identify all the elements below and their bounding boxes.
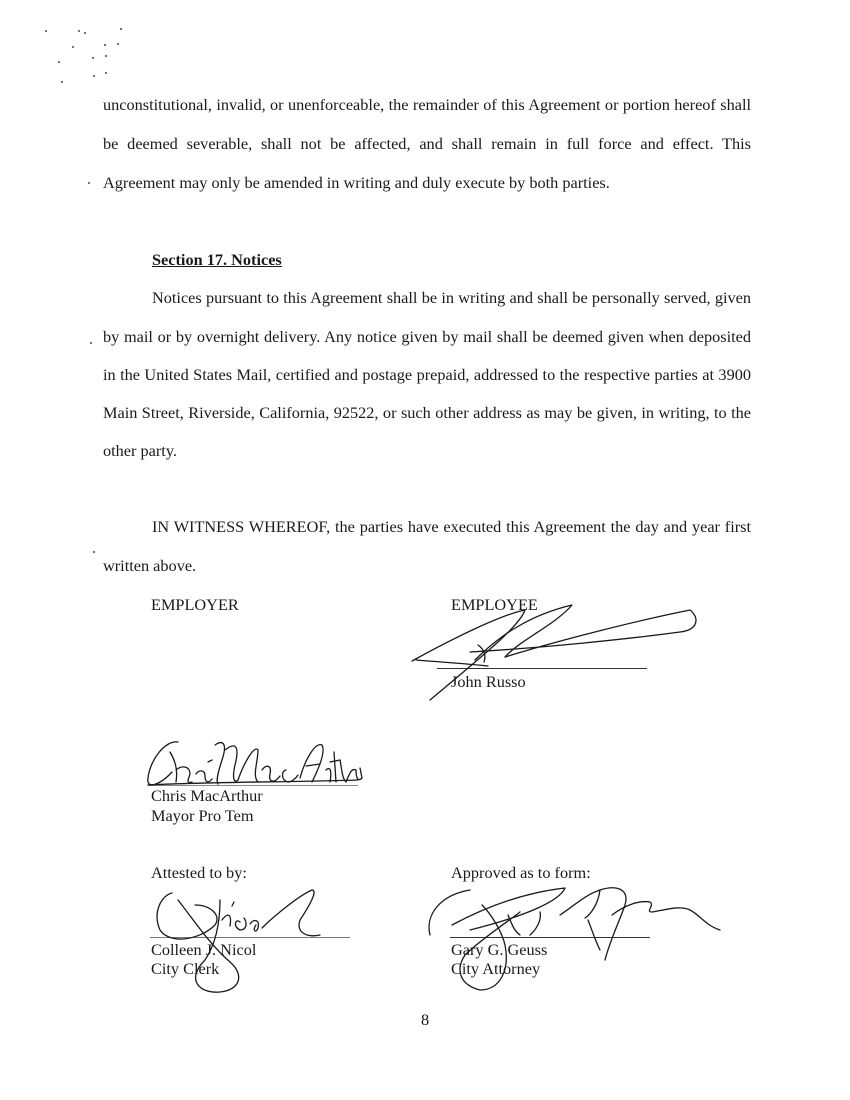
text-line: Agreement may only be amended in writing… [103, 173, 751, 193]
employer-signature-icon [148, 742, 362, 785]
employee-label: EMPLOYEE [451, 595, 538, 615]
text-line: IN WITNESS WHEREOF, the parties have exe… [152, 517, 751, 537]
text-line: Notices pursuant to this Agreement shall… [152, 288, 751, 308]
text-line: by mail or by overnight delivery. Any no… [103, 327, 751, 347]
text-line: be deemed severable, shall not be affect… [103, 134, 751, 154]
section-heading: Section 17. Notices [152, 250, 282, 270]
employer-signer-title: Mayor Pro Tem [151, 806, 254, 826]
attest-name: Colleen J. Nicol [151, 940, 256, 960]
approved-title: City Attorney [451, 959, 540, 979]
text-line: in the United States Mail, certified and… [103, 365, 751, 385]
document-page: unconstitutional, invalid, or unenforcea… [0, 0, 850, 1100]
handwritten-signatures [0, 0, 850, 1100]
approved-name: Gary G. Geuss [451, 940, 547, 960]
attest-title: City Clerk [151, 959, 219, 979]
text-line: other party. [103, 441, 751, 461]
text-line: unconstitutional, invalid, or unenforcea… [103, 95, 751, 115]
attest-label: Attested to by: [151, 863, 247, 883]
approved-signature-line [450, 937, 650, 938]
employer-label: EMPLOYER [151, 595, 239, 615]
attest-signature-line [150, 937, 350, 938]
page-number: 8 [421, 1010, 429, 1030]
approved-label: Approved as to form: [451, 863, 591, 883]
employee-signature-line [437, 668, 647, 669]
text-line: written above. [103, 556, 751, 576]
employee-name: John Russo [451, 672, 526, 692]
text-line: Main Street, Riverside, California, 9252… [103, 403, 751, 423]
employer-signer-name: Chris MacArthur [151, 786, 263, 806]
